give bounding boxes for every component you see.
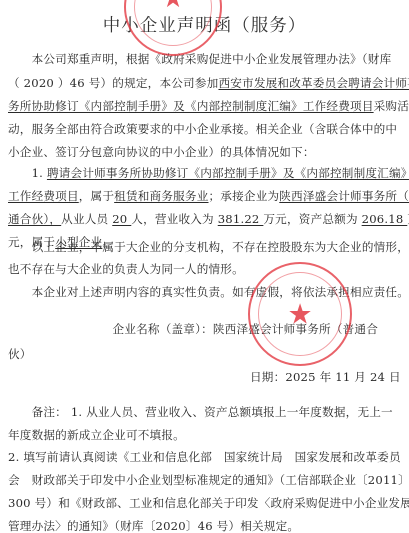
note-line: 年度数据的新成立企业可不填报。 <box>8 428 378 442</box>
body-text: 以上企业，不属于大企业的分支机构，不存在控股股东为大企业的情形， <box>8 240 409 254</box>
signature-date: 日期：2025 年 11 月 24 日 <box>250 370 378 384</box>
body-line: 动，服务全部由符合政策要求的中小企业承接。相关企业（含联合体中的中 <box>8 122 378 136</box>
note-line: 备注： 1. 从业人员、营业收入、资产总额填报上一年度数据，无上一 <box>8 405 378 419</box>
underlined-fill-value: 务所协助修订《内部控制手册》及《内部控制制度汇编》工作经费项目 <box>8 99 374 113</box>
underlined-fill-value: 陕西泽盛会计师事务所（普 <box>279 189 409 203</box>
signature-company-line-cont: 伙） <box>8 347 378 361</box>
body-line: 以上企业，不属于大企业的分支机构，不存在控股股东为大企业的情形， <box>8 240 378 254</box>
body-line: 也不存在与大企业的负责人为同一人的情形。 <box>8 262 378 276</box>
body-line: 工作经费项目，属于租赁和商务服务业；承接企业为陕西泽盛会计师事务所（普 <box>8 189 378 203</box>
body-text: 采购活 <box>374 99 409 113</box>
body-text: 本公司郑重声明，根据《政府采购促进中小企业发展管理办法》（财库 <box>8 52 391 66</box>
note-line: 会 财政部关于印发中小企业划型标准规定的通知》（工信部联企业〔2011〕 <box>8 473 378 487</box>
note-line: 管理办法〉的通知》（财库〔2020〕46 号）相关规定。 <box>8 519 378 533</box>
signature-company-line: 企业名称（盖章）：陕西泽盛会计师事务所（普通合 <box>8 322 378 336</box>
body-text: ；承接企业为 <box>209 189 280 203</box>
underlined-fill-value: 西安市发展和改革委员会聘请会计师事 <box>218 76 409 90</box>
body-line: 通合伙），从业人员 20 人，营业收入为 381.22 万元，资产总额为 206… <box>8 212 378 226</box>
body-text: 本企业对上述声明内容的真实性负责。如有虚假，将依法承担相应责任。 <box>8 285 409 299</box>
body-line: （ 2020 ）46 号）的规定，本公司参加西安市发展和改革委员会聘请会计师事 <box>8 76 378 90</box>
body-text: 动，服务全部由符合政策要求的中小企业承接。相关企业（含联合体中的中 <box>8 122 397 136</box>
declaration-page: 中小企业声明函（服务） 本公司郑重声明，根据《政府采购促进中小企业发展管理办法》… <box>0 0 409 533</box>
underlined-fill-value: 通合伙）， <box>8 212 61 226</box>
underlined-fill-value: 聘请会计师事务所协助修订《内部控制手册》及《内部控制制度汇编》 <box>47 166 409 180</box>
underlined-fill-value: 20 <box>112 212 131 226</box>
body-line: 小企业、签订分包意向协议的中小企业）的具体情况如下： <box>8 145 378 159</box>
page-title: 中小企业声明函（服务） <box>0 12 409 37</box>
body-text: 从业人员 <box>61 212 112 226</box>
body-text: 小企业、签订分包意向协议的中小企业）的具体情况如下： <box>8 145 315 159</box>
body-text: （ 2020 ）46 号）的规定，本公司参加 <box>8 76 218 90</box>
body-text: 也不存在与大企业的负责人为同一人的情形。 <box>8 262 244 276</box>
body-text: ，属于 <box>79 189 114 203</box>
underlined-fill-value: 租赁和商务服务业 <box>114 189 208 203</box>
underlined-fill-value: 工作经费项目 <box>8 189 79 203</box>
body-line: 1. 聘请会计师事务所协助修订《内部控制手册》及《内部控制制度汇编》 <box>8 166 378 180</box>
underlined-fill-value: 206.18 <box>362 212 408 226</box>
body-text: 人，营业收入为 <box>131 212 217 226</box>
underlined-fill-value: 381.22 <box>218 212 264 226</box>
body-text: 万元，资产总额为 <box>263 212 361 226</box>
body-line: 本企业对上述声明内容的真实性负责。如有虚假，将依法承担相应责任。 <box>8 285 378 299</box>
body-line: 务所协助修订《内部控制手册》及《内部控制制度汇编》工作经费项目采购活 <box>8 99 378 113</box>
note-line: 2. 填写前请认真阅读《工业和信息化部 国家统计局 国家发展和改革委员 <box>8 450 378 464</box>
body-line: 本公司郑重声明，根据《政府采购促进中小企业发展管理办法》（财库 <box>8 52 378 66</box>
body-text: 1. <box>8 166 47 180</box>
note-line: 300 号）和《财政部、工业和信息化部关于印发〈政府采购促进中小企业发展 <box>8 496 378 510</box>
